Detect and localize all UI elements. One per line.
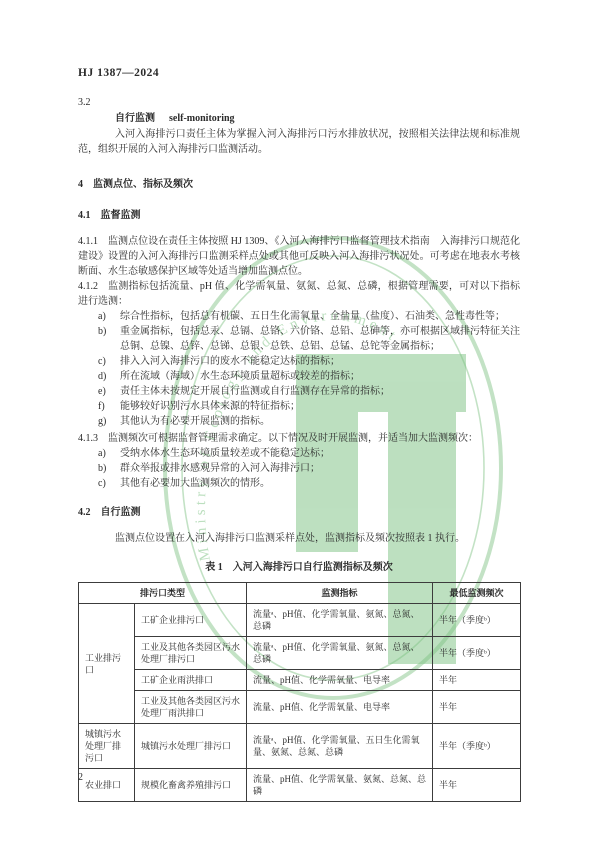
frequency-cell: 半年（季度ᵇ） — [433, 724, 521, 769]
list-item: a) 受纳水体水生态环境质量较差或不能稳定达标； — [78, 446, 520, 461]
clause-number: 4.1.3 — [78, 433, 98, 444]
frequency-cell: 半年（季度ᵇ） — [433, 637, 521, 670]
outlet-type-cell: 工矿企业排污口 — [135, 604, 247, 637]
list-label: a) — [98, 446, 120, 461]
table-row: 工业排污口 工矿企业排污口 流量ᵃ、pH值、化学需氧量、氨氮、总氮、总磷 半年（… — [79, 604, 521, 637]
list-label: b) — [98, 324, 120, 354]
outlet-type-cell: 规模化畜禽养殖排污口 — [135, 769, 247, 802]
clause-4-1-3: 4.1.3监测频次可根据监督管理需求确定。以下情况及时开展监测，并适当加大监测频… — [78, 431, 520, 446]
list-item: g) 其他认为有必要开展监测的指标。 — [78, 414, 520, 429]
outlet-type-cell: 工业及其他各类园区污水处理厂排污口 — [135, 637, 247, 670]
list-item: a) 综合性指标，包括总有机碳、五日生化需氧量、全盐量（盐度）、石油类、急性毒性… — [78, 309, 520, 324]
list-item: e) 责任主体未按规定开展自行监测或自行监测存在异常的指标； — [78, 384, 520, 399]
list-label: c) — [98, 354, 120, 369]
page-body: HJ 1387—2024 3.2 自行监测self-monitoring 入河入… — [78, 66, 520, 802]
list-label: d) — [98, 369, 120, 384]
clause-text: 监测频次可根据监督管理需求确定。以下情况及时开展监测，并适当加大监测频次： — [108, 433, 478, 444]
header-indicators: 监测指标 — [247, 583, 433, 604]
clause-4-1-2: 4.1.2监测指标包括流量、pH 值、化学需氧量、氨氮、总氮、总磷，根据管理需要… — [78, 279, 520, 309]
table-header-row: 排污口类型 监测指标 最低监测频次 — [79, 583, 521, 604]
term-en: self-monitoring — [169, 113, 235, 124]
outlet-type-cell: 工业及其他各类园区污水处理厂雨洪排口 — [135, 691, 247, 724]
list-text: 群众举报或排水感观异常的入河入海排污口； — [120, 461, 520, 476]
indicators-cell: 流量、pH值、化学需氧量、电导率 — [247, 691, 433, 724]
clause-4-2-text: 监测点位设置在入河入海排污口监测采样点处，监测指标及频次按照表 1 执行。 — [78, 531, 520, 546]
table-row: 城镇污水处理厂排污口 城镇污水处理厂排污口 流量ᵃ、pH值、化学需氧量、五日生化… — [79, 724, 521, 769]
frequency-cell: 半年 — [433, 670, 521, 691]
list-text: 受纳水体水生态环境质量较差或不能稳定达标； — [120, 446, 520, 461]
list-text: 责任主体未按规定开展自行监测或自行监测存在异常的指标； — [120, 384, 520, 399]
indicators-cell: 流量ᵃ、pH值、化学需氧量、氨氮、总氮、总磷 — [247, 604, 433, 637]
list-label: c) — [98, 476, 120, 491]
list-4-1-2: a) 综合性指标，包括总有机碳、五日生化需氧量、全盐量（盐度）、石油类、急性毒性… — [78, 309, 520, 429]
list-item: c) 排入入河入海排污口的废水不能稳定达标的指标； — [78, 354, 520, 369]
clause-4-1-1: 4.1.1监测点位设在责任主体按照 HJ 1309、《入河入海排污口监督管理技术… — [78, 234, 520, 279]
list-item: d) 所在流域（海域）水生态环境质量超标或较差的指标； — [78, 369, 520, 384]
indicators-cell: 流量、pH值、化学需氧量、氨氮、总氮、总磷 — [247, 769, 433, 802]
list-text: 其他认为有必要开展监测的指标。 — [120, 414, 520, 429]
standard-number: HJ 1387—2024 — [78, 66, 520, 81]
indicators-cell: 流量ᵃ、pH值、化学需氧量、氨氮、总氮、总磷 — [247, 637, 433, 670]
clause-text: 监测指标包括流量、pH 值、化学需氧量、氨氮、总氮、总磷，根据管理需要，可对以下… — [78, 281, 520, 307]
section-4-1-heading: 4.1 监督监测 — [78, 208, 520, 223]
term-definition: 入河入海排污口责任主体为掌握入河入海排污口污水排放状况，按照相关法律法规和标准规… — [78, 127, 520, 157]
monitoring-table: 排污口类型 监测指标 最低监测频次 工业排污口 工矿企业排污口 流量ᵃ、pH值、… — [78, 582, 521, 802]
indicators-cell: 流量ᵃ、pH值、化学需氧量、五日生化需氧量、氨氮、总氮、总磷 — [247, 724, 433, 769]
table-row: 农业排口 规模化畜禽养殖排污口 流量、pH值、化学需氧量、氨氮、总氮、总磷 半年 — [79, 769, 521, 802]
list-label: f) — [98, 399, 120, 414]
list-label: e) — [98, 384, 120, 399]
outlet-group-cell: 城镇污水处理厂排污口 — [79, 724, 135, 769]
list-item: b) 重金属指标，包括总汞、总镉、总铬、六价铬、总铅、总砷等，亦可根据区域排污特… — [78, 324, 520, 354]
list-label: a) — [98, 309, 120, 324]
clause-number: 4.1.2 — [78, 281, 98, 292]
clause-number: 4.1.1 — [78, 236, 98, 247]
header-frequency: 最低监测频次 — [433, 583, 521, 604]
outlet-group-cell: 工业排污口 — [79, 604, 135, 724]
term-number: 3.2 — [78, 95, 520, 110]
outlet-type-cell: 工矿企业雨洪排口 — [135, 670, 247, 691]
clause-text: 监测点位设在责任主体按照 HJ 1309、《入河入海排污口监督管理技术指南 入海… — [78, 236, 520, 277]
list-text: 其他有必要加大监测频次的情形。 — [120, 476, 520, 491]
list-item: b) 群众举报或排水感观异常的入河入海排污口； — [78, 461, 520, 476]
term-zh: 自行监测 — [115, 113, 155, 124]
list-text: 综合性指标，包括总有机碳、五日生化需氧量、全盐量（盐度）、石油类、急性毒性等； — [120, 309, 520, 324]
section-4-2-heading: 4.2 自行监测 — [78, 505, 520, 520]
section-4-heading: 4 监测点位、指标及频次 — [78, 177, 520, 192]
indicators-cell: 流量、pH值、化学需氧量、电导率 — [247, 670, 433, 691]
term-title: 自行监测self-monitoring — [78, 111, 520, 126]
list-text: 所在流域（海域）水生态环境质量超标或较差的指标； — [120, 369, 520, 384]
page-number: 2 — [78, 772, 83, 783]
table-row: 工业及其他各类园区污水处理厂排污口 流量ᵃ、pH值、化学需氧量、氨氮、总氮、总磷… — [79, 637, 521, 670]
list-item: f) 能够较好识别污水具体来源的特征指标； — [78, 399, 520, 414]
header-outlet-type: 排污口类型 — [79, 583, 247, 604]
table-row: 工矿企业雨洪排口 流量、pH值、化学需氧量、电导率 半年 — [79, 670, 521, 691]
table-row: 工业及其他各类园区污水处理厂雨洪排口 流量、pH值、化学需氧量、电导率 半年 — [79, 691, 521, 724]
list-label: b) — [98, 461, 120, 476]
table-title: 表 1 入河入海排污口自行监测指标及频次 — [78, 560, 520, 575]
frequency-cell: 半年（季度ᵇ） — [433, 604, 521, 637]
list-item: c) 其他有必要加大监测频次的情形。 — [78, 476, 520, 491]
list-text: 能够较好识别污水具体来源的特征指标； — [120, 399, 520, 414]
list-text: 排入入河入海排污口的废水不能稳定达标的指标； — [120, 354, 520, 369]
list-4-1-3: a) 受纳水体水生态环境质量较差或不能稳定达标； b) 群众举报或排水感观异常的… — [78, 446, 520, 491]
outlet-group-cell: 农业排口 — [79, 769, 135, 802]
list-text: 重金属指标，包括总汞、总镉、总铬、六价铬、总铅、总砷等，亦可根据区域排污特征关注… — [120, 324, 520, 354]
outlet-type-cell: 城镇污水处理厂排污口 — [135, 724, 247, 769]
document-page: Ministry of Ecology and Environment HJ 1… — [0, 0, 596, 842]
frequency-cell: 半年 — [433, 691, 521, 724]
frequency-cell: 半年 — [433, 769, 521, 802]
list-label: g) — [98, 414, 120, 429]
